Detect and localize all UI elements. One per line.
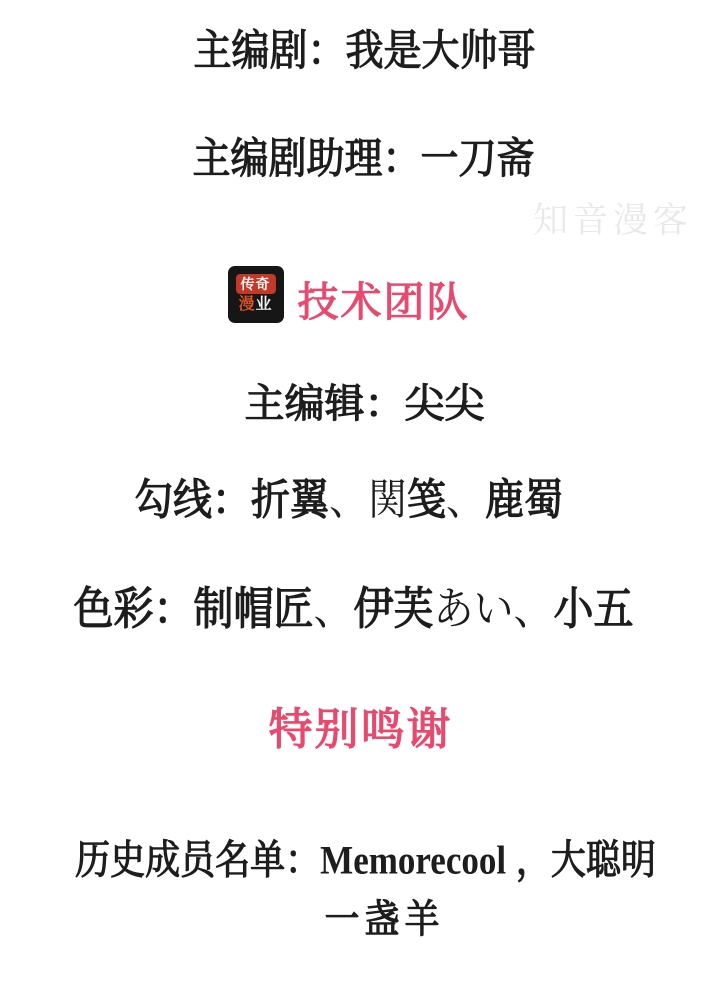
- credit-line-history-members: 历史成员名单：Memorecool ，大聪明: [15, 839, 701, 882]
- logo-bottom-char-ye: 业: [256, 296, 273, 313]
- team-section-title: 技术团队: [298, 282, 470, 323]
- credits-page: 主编剧：我是大帅哥 主编剧助理：一刀斋 知音漫客 传奇 漫业 技术团队 主编辑：…: [0, 0, 701, 1000]
- team-section-header: 传奇 漫业 技术团队: [0, 266, 699, 323]
- legend-comics-logo: 传奇 漫业: [228, 266, 284, 323]
- logo-badge-text: 传奇: [236, 274, 276, 294]
- logo-bottom-text: 漫业: [238, 296, 272, 314]
- credit-line-lineart: 勾线：折翼、関笺、鹿蜀: [0, 478, 699, 524]
- credit-line-chief-editor: 主编辑：尖尖: [14, 383, 701, 426]
- credit-line-chief-writer: 主编剧：我是大帅哥: [14, 29, 701, 75]
- credit-line-history-members-cont: 一盏羊: [34, 899, 701, 941]
- logo-bottom-char-man: 漫: [238, 296, 255, 313]
- credit-line-colorists: 色彩：制帽匠、伊芙あい、小五: [3, 586, 701, 634]
- site-watermark-zhiyin-manke: 知音漫客: [533, 193, 693, 243]
- special-thanks-title: 特别鸣谢: [10, 706, 701, 754]
- credit-line-writer-assistant: 主编剧助理：一刀斋: [13, 137, 701, 183]
